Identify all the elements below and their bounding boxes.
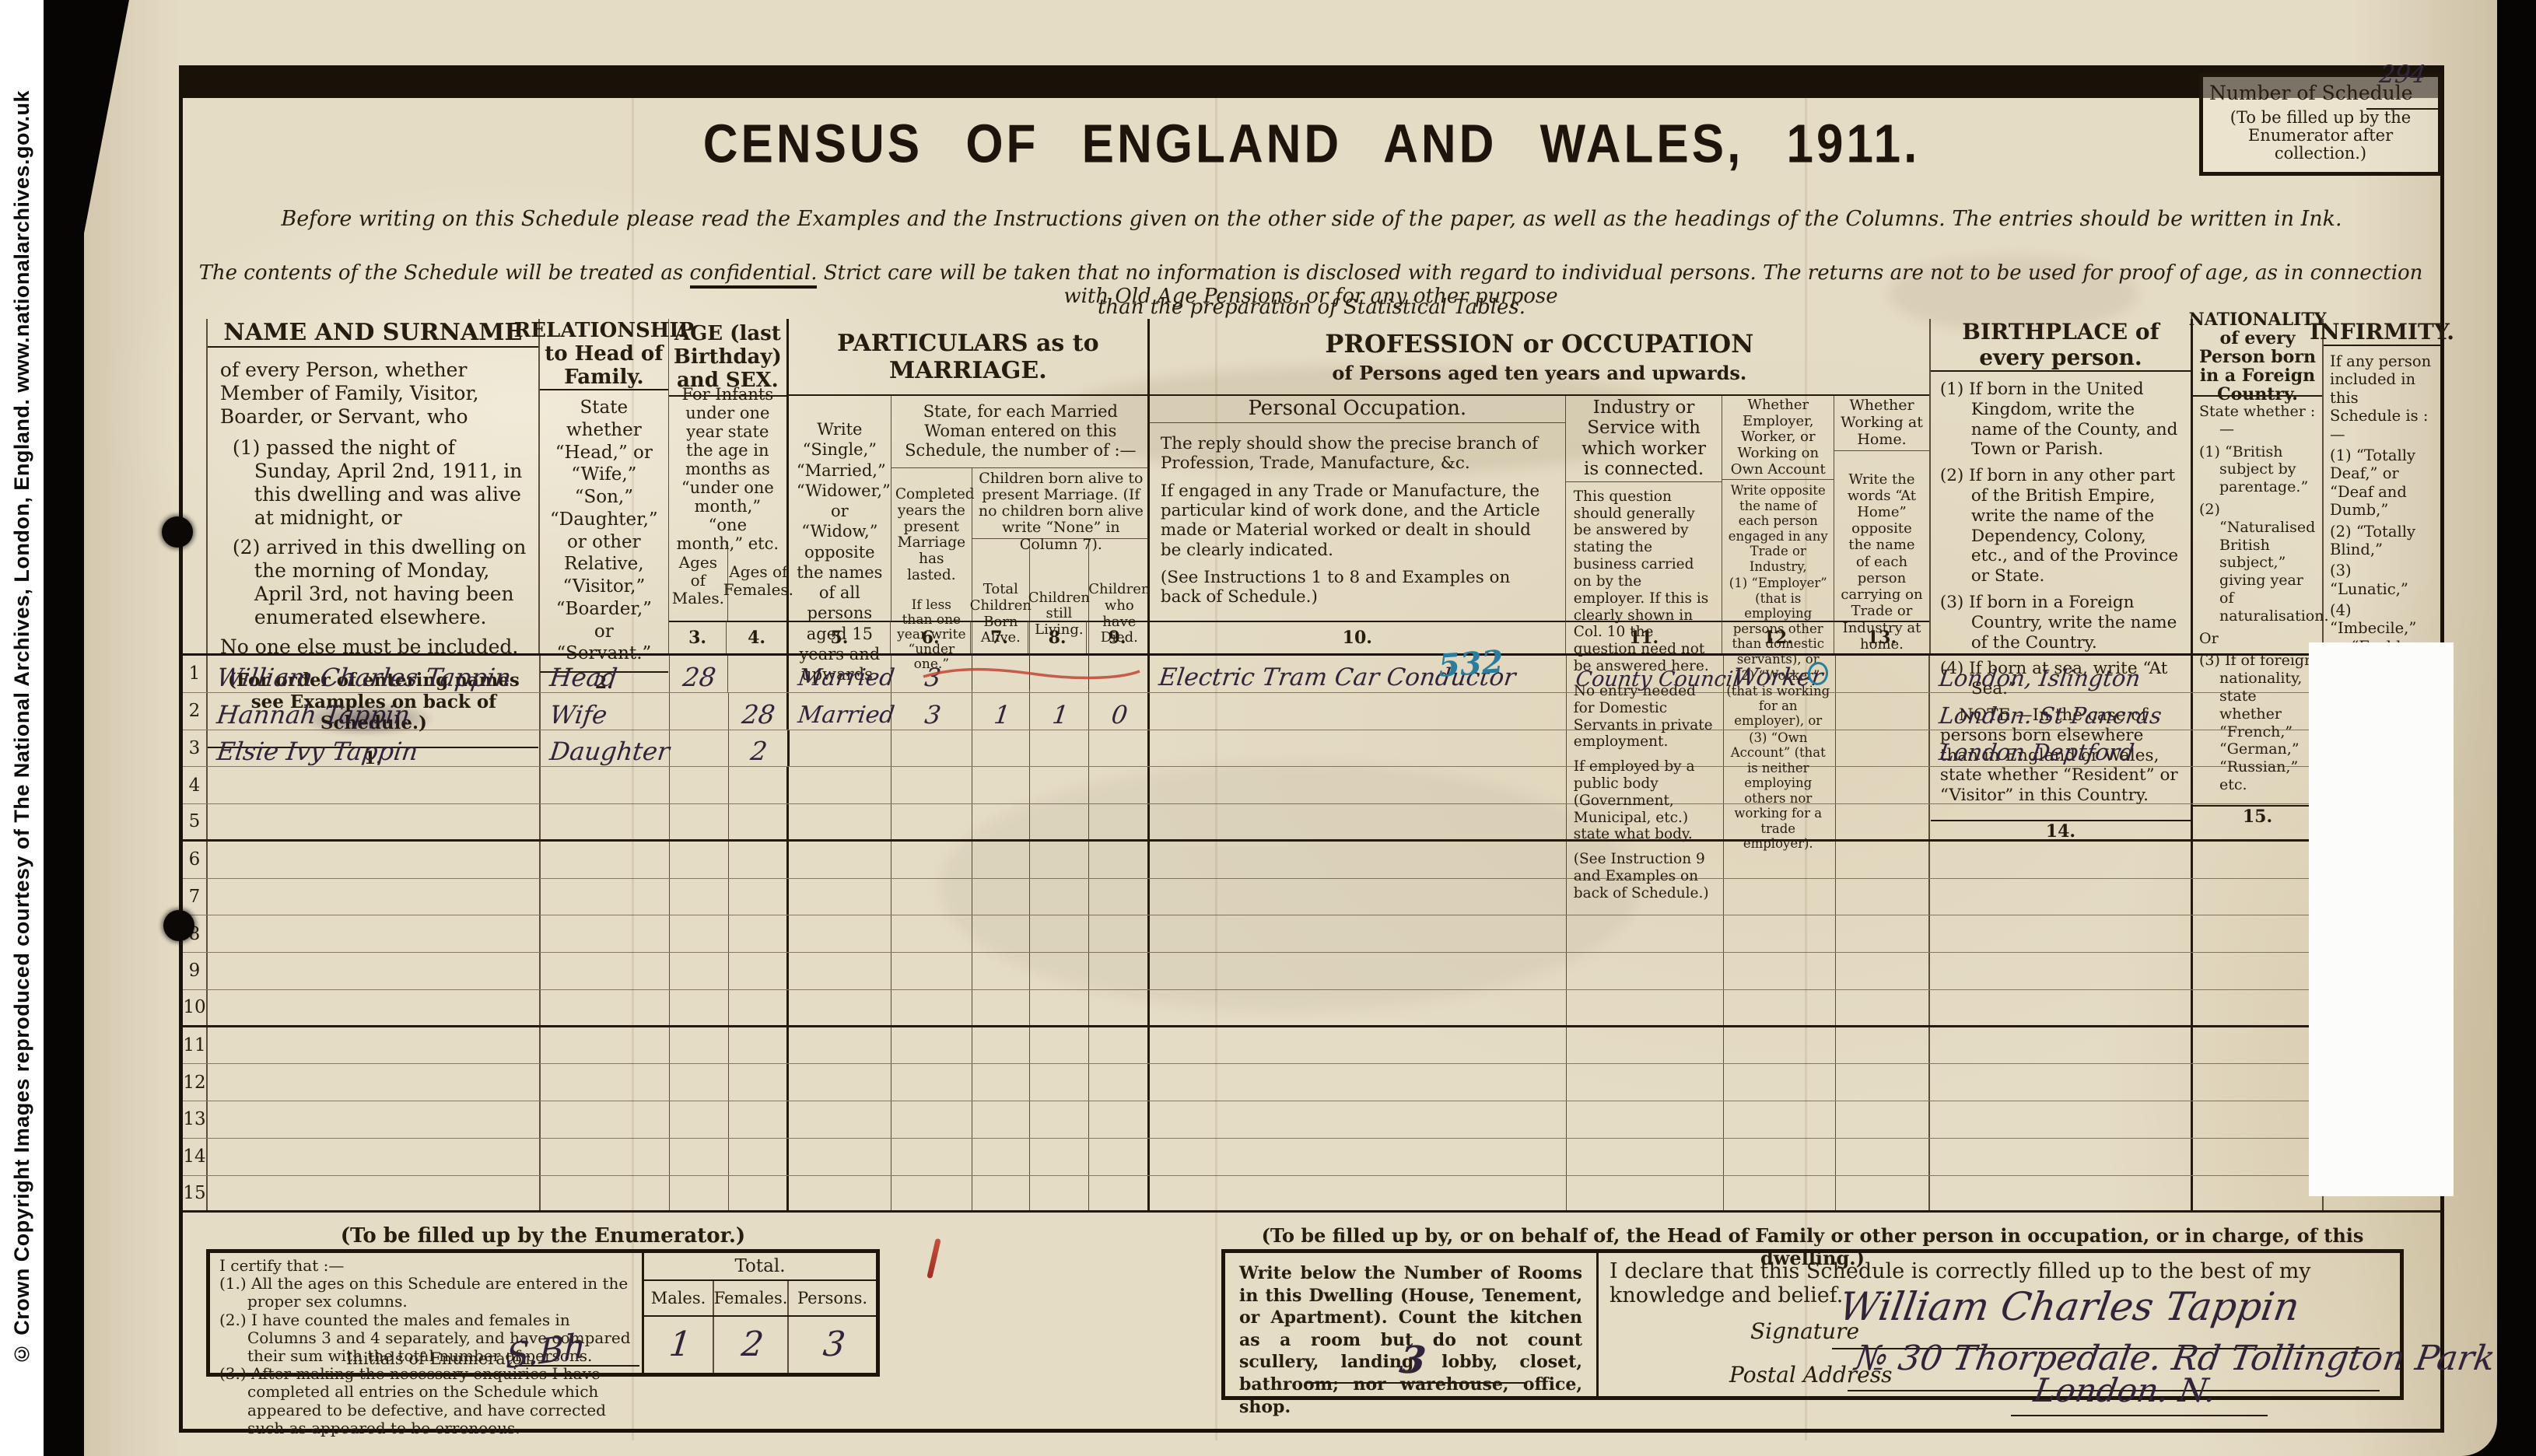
cell-row8-col14 — [1930, 915, 2193, 952]
enumerator-box: I certify that :— (1.) All the ages on t… — [206, 1249, 880, 1377]
cell-row11-col11 — [1567, 1027, 1724, 1064]
cell-row14-col4 — [729, 1139, 790, 1175]
cell-row8-col2 — [541, 915, 670, 952]
row-number-11: 11 — [183, 1027, 208, 1064]
punch-hole — [162, 516, 193, 548]
rooms-instructions: Write below the Number of Rooms in this … — [1225, 1253, 1599, 1396]
cell-row10-col12 — [1724, 990, 1836, 1025]
cell-row2-col5: Married — [789, 693, 891, 730]
cell-row12-col8 — [1030, 1064, 1089, 1101]
cell-row3-col11 — [1567, 730, 1724, 767]
working-at-home-label: Whether Working at Home. — [1834, 396, 1929, 451]
cell-row12-col12 — [1724, 1064, 1836, 1101]
cell-row5-col1 — [208, 804, 541, 839]
cell-row10-col4 — [729, 990, 790, 1025]
row-number-15: 15 — [183, 1176, 208, 1211]
table-row-1: 1William Charles TappinHead28Married3Ele… — [183, 656, 2440, 693]
cell-row5-col14 — [1930, 804, 2193, 839]
cell-row14-col10 — [1150, 1139, 1567, 1175]
signature-value: William Charles Tappin — [1836, 1284, 2303, 1329]
cell-row3-col12 — [1724, 730, 1836, 767]
punch-hole — [163, 910, 194, 941]
age-instructions: For Infants under one year state the age… — [669, 397, 786, 541]
cell-row12-col15 — [2193, 1064, 2324, 1101]
cell-row5-col7 — [972, 804, 1030, 839]
industry-label: Industry or Service with which worker is… — [1566, 396, 1722, 482]
cell-row11-col10 — [1150, 1027, 1567, 1064]
cell-row7-col15 — [2193, 879, 2324, 915]
column-number-13: 13. — [1834, 621, 1929, 653]
males-label: Males. — [644, 1281, 714, 1315]
cell-row4-col3 — [670, 767, 729, 803]
table-row-8: 8 — [183, 915, 2440, 953]
cell-row2-col12 — [1724, 693, 1836, 730]
females-total-value: 2 — [740, 1328, 765, 1362]
schedule-number-value: 294 — [2378, 63, 2427, 87]
column-group-profession: PROFESSION or OCCUPATION of Persons aged… — [1150, 319, 1931, 653]
handwritten-entry: Married — [797, 704, 896, 727]
cell-row10-col8 — [1030, 990, 1089, 1025]
column-number-9: 9. — [1087, 621, 1147, 653]
cell-row15-col1 — [208, 1176, 541, 1211]
cell-row3-col13 — [1836, 730, 1931, 767]
table-row-11: 11 — [183, 1027, 2440, 1065]
column-number-5: 5. — [789, 621, 891, 653]
cell-row6-col1 — [208, 842, 541, 878]
cell-row9-col9 — [1089, 953, 1150, 989]
cell-row7-col8 — [1030, 879, 1089, 915]
cell-row15-col7 — [972, 1176, 1030, 1211]
cell-row7-col11 — [1567, 879, 1724, 915]
cell-row11-col5 — [789, 1027, 891, 1064]
cell-row8-col3 — [670, 915, 729, 952]
column-number-4: 4. — [727, 621, 786, 653]
cell-row12-col14 — [1930, 1064, 2193, 1101]
cell-row13-col13 — [1836, 1101, 1931, 1138]
census-scan-page: © Crown Copyright Images reproduced cour… — [0, 0, 2536, 1456]
ages-of-males-label: Ages of Males. — [669, 541, 728, 621]
cell-row4-col12 — [1724, 767, 1836, 803]
birthplace-title: BIRTHPLACE of every person. — [1931, 319, 2191, 372]
cell-row3-col3 — [670, 730, 729, 767]
postal-address-line-2 — [2011, 1415, 2268, 1416]
rooms-count-value: 3 — [1225, 1342, 1600, 1379]
cell-row6-col2 — [541, 842, 670, 878]
cell-row4-col4 — [729, 767, 790, 803]
cell-row4-col1 — [208, 767, 541, 803]
ink-blot — [298, 702, 434, 736]
cell-row8-col10 — [1150, 915, 1567, 952]
copyright-strip: © Crown Copyright Images reproduced cour… — [0, 0, 44, 1456]
handwritten-entry: Wife — [548, 702, 608, 727]
males-total-value: 1 — [667, 1328, 693, 1362]
nationality-title: NATIONALITY of every Person born in a Fo… — [2193, 319, 2322, 397]
cell-row5-col2 — [541, 804, 670, 839]
cell-row1-col5: Married — [789, 656, 891, 692]
cell-row8-col5 — [789, 915, 891, 952]
cell-row15-col15 — [2193, 1176, 2324, 1211]
row-number-1: 1 — [183, 656, 208, 692]
age-column-numbers: 3. 4. — [669, 621, 786, 653]
cell-row14-col9 — [1089, 1139, 1150, 1175]
cell-row8-col12 — [1724, 915, 1836, 952]
schedule-number-note: (To be filled up by the Enumerator after… — [2209, 109, 2432, 163]
cell-row8-col11 — [1567, 915, 1724, 952]
marriage-column-numbers: 5. 6. 7. 8. 9. — [789, 621, 1147, 653]
cell-row10-col5 — [789, 990, 891, 1025]
table-row-2: 2Hannah TappinWife28Married3110London. S… — [183, 693, 2440, 730]
handwritten-entry: Head — [548, 665, 618, 690]
column-number-7: 7. — [971, 621, 1028, 653]
row-number-2: 2 — [183, 693, 208, 730]
cell-row6-col3 — [670, 842, 729, 878]
cell-row11-col3 — [670, 1027, 729, 1064]
row-number-3: 3 — [183, 730, 208, 767]
cell-row15-col9 — [1089, 1176, 1150, 1211]
paper-sheet: CENSUS OF ENGLAND AND WALES, 1911. Numbe… — [84, 0, 2497, 1456]
cell-row7-col14 — [1930, 879, 2193, 915]
table-row-9: 9 — [183, 953, 2440, 990]
cell-row12-col5 — [789, 1064, 891, 1101]
cell-row1-col2: Head — [541, 656, 670, 692]
cell-row2-col14: London. St Pancras — [1930, 693, 2193, 730]
cell-row2-col4: 28 — [729, 693, 790, 730]
column-group-age: AGE (last Birthday) and SEX. For Infants… — [669, 319, 789, 653]
cell-row4-col10 — [1150, 767, 1567, 803]
cell-row13-col15 — [2193, 1101, 2324, 1138]
initials-label: Initials of Enumerator — [346, 1349, 530, 1368]
handwritten-entry: London Deptford — [1938, 741, 2135, 764]
table-row-3: 3Elsie Ivy TappinDaughter2London Deptfor… — [183, 730, 2440, 768]
table-row-12: 12 — [183, 1064, 2440, 1101]
cell-row10-col14 — [1930, 990, 2193, 1025]
cell-row2-col13 — [1836, 693, 1931, 730]
row-number-7: 7 — [183, 879, 208, 915]
enumerator-certification: I certify that :— (1.) All the ages on t… — [210, 1253, 644, 1373]
cell-row4-col11 — [1567, 767, 1724, 803]
cell-row7-col12 — [1724, 879, 1836, 915]
table-header: NAME AND SURNAME of every Person, whethe… — [183, 319, 2440, 656]
cell-row8-col13 — [1836, 915, 1931, 952]
cell-row9-col6 — [891, 953, 972, 989]
cell-row2-col10 — [1150, 693, 1567, 730]
cell-row7-col4 — [729, 879, 790, 915]
cell-row6-col8 — [1030, 842, 1089, 878]
table-row-4: 4 — [183, 767, 2440, 804]
cell-row10-col10 — [1150, 990, 1567, 1025]
handwritten-entry: Elsie Ivy Tappin — [215, 739, 419, 764]
column-nationality: NATIONALITY of every Person born in a Fo… — [2193, 319, 2324, 653]
cell-row12-col4 — [729, 1064, 790, 1101]
cell-row1-col3: 28 — [670, 656, 729, 692]
relationship-instructions: State whether “Head,” or “Wife,” “Son,” … — [540, 390, 668, 671]
cell-row14-col5 — [789, 1139, 891, 1175]
cell-row4-col13 — [1836, 767, 1931, 803]
cell-row11-col14 — [1930, 1027, 2193, 1064]
cell-row4-col6 — [891, 767, 972, 803]
handwritten-entry: William Charles Tappin — [215, 665, 513, 690]
cell-row7-col13 — [1836, 879, 1931, 915]
cell-row10-col11 — [1567, 990, 1724, 1025]
cell-row2-col15 — [2193, 693, 2324, 730]
handwritten-entry: Daughter — [548, 739, 671, 764]
marriage-instructions: Write “Single,” “Married,” “Widower,” or… — [789, 396, 1147, 621]
working-at-home-column: Whether Working at Home. Write the words… — [1834, 396, 1929, 621]
cell-row5-col13 — [1836, 804, 1931, 839]
row-number-6: 6 — [183, 842, 208, 878]
cell-row10-col7 — [972, 990, 1030, 1025]
infirmity-title: INFIRMITY. — [2324, 319, 2440, 346]
totals-table: Total. Males. Females. Persons. 1 2 3 — [644, 1253, 876, 1373]
handwritten-entry: 2 — [749, 738, 769, 764]
table-row-10: 10 — [183, 990, 2440, 1027]
personal-occupation-column: Personal Occupation. The reply should sh… — [1150, 396, 1566, 621]
cell-row13-col7 — [972, 1101, 1030, 1138]
cell-row2-col6: 3 — [891, 693, 972, 730]
cell-row9-col7 — [972, 953, 1030, 989]
table-row-13: 13 — [183, 1101, 2440, 1139]
cell-row13-col3 — [670, 1101, 729, 1138]
cell-row8-col8 — [1030, 915, 1089, 952]
cell-row3-col7 — [972, 730, 1030, 767]
cell-row13-col4 — [729, 1101, 790, 1138]
cell-row5-col5 — [789, 804, 891, 839]
handwritten-entry: County Council — [1574, 669, 1741, 690]
cell-row15-col6 — [891, 1176, 972, 1211]
column-name: NAME AND SURNAME of every Person, whethe… — [208, 319, 540, 653]
declaration-area: I declare that this Schedule is correctl… — [1599, 1253, 2400, 1396]
cell-row10-col6 — [891, 990, 972, 1025]
cell-row4-col9 — [1089, 767, 1150, 803]
persons-label: Persons. — [789, 1281, 876, 1315]
cell-row15-col12 — [1724, 1176, 1836, 1211]
handwritten-entry: 28 — [681, 664, 717, 690]
cell-row4-col15 — [2193, 767, 2324, 803]
column-number-12: 12. — [1722, 621, 1834, 653]
cell-row3-col15 — [2193, 730, 2324, 767]
cell-row11-col4 — [729, 1027, 790, 1064]
cell-row14-col11 — [1567, 1139, 1724, 1175]
cell-row2-col9: 0 — [1089, 693, 1150, 730]
cell-row2-col2: Wife — [541, 693, 670, 730]
industry-column: Industry or Service with which worker is… — [1566, 396, 1723, 621]
row-number-5: 5 — [183, 804, 208, 839]
cell-row13-col6 — [891, 1101, 972, 1138]
cell-row14-col8 — [1030, 1139, 1089, 1175]
cell-row3-col2: Daughter — [541, 730, 670, 767]
profession-column-numbers: 10. 11. 12. 13. — [1150, 621, 1929, 653]
row-number-10: 10 — [183, 990, 208, 1025]
cell-row11-col6 — [891, 1027, 972, 1064]
cell-row9-col12 — [1724, 953, 1836, 989]
name-title: NAME AND SURNAME — [208, 319, 538, 348]
cell-row7-col10 — [1150, 879, 1567, 915]
cell-row4-col8 — [1030, 767, 1089, 803]
profession-instructions: Personal Occupation. The reply should sh… — [1150, 396, 1929, 621]
cell-row7-col1 — [208, 879, 541, 915]
cell-row14-col3 — [670, 1139, 729, 1175]
cell-row3-col4: 2 — [729, 730, 790, 767]
cell-row1-col11: County Council — [1567, 656, 1724, 692]
cell-row15-col2 — [541, 1176, 670, 1211]
cell-row12-col3 — [670, 1064, 729, 1101]
column-number-11: 11. — [1566, 621, 1723, 653]
cell-row8-col7 — [972, 915, 1030, 952]
row-number-gutter — [183, 319, 208, 653]
cell-row3-col9 — [1089, 730, 1150, 767]
cell-row13-col9 — [1089, 1101, 1150, 1138]
handwritten-entry: 1 — [1051, 702, 1070, 727]
cell-row12-col13 — [1836, 1064, 1931, 1101]
handwritten-entry: 3 — [923, 702, 942, 727]
column-infirmity: INFIRMITY. If any person included in thi… — [2324, 319, 2440, 653]
cell-row9-col15 — [2193, 953, 2324, 989]
cell-row6-col6 — [891, 842, 972, 878]
cell-row1-col4 — [728, 656, 789, 692]
cell-row13-col10 — [1150, 1101, 1567, 1138]
cell-row8-col4 — [729, 915, 790, 952]
cell-row12-col1 — [208, 1064, 541, 1101]
cell-row8-col1 — [208, 915, 541, 952]
cell-row7-col6 — [891, 879, 972, 915]
row-number-12: 12 — [183, 1064, 208, 1101]
cell-row5-col8 — [1030, 804, 1089, 839]
cell-row10-col9 — [1089, 990, 1150, 1025]
age-subcolumns: Ages of Males. Ages of Females. — [669, 541, 786, 621]
cell-row10-col13 — [1836, 990, 1931, 1025]
cell-row5-col10 — [1150, 804, 1567, 839]
cell-row6-col4 — [729, 842, 790, 878]
cell-row4-col5 — [789, 767, 891, 803]
cell-row12-col7 — [972, 1064, 1030, 1101]
cell-row6-col13 — [1836, 842, 1931, 878]
cell-row11-col9 — [1089, 1027, 1150, 1064]
employer-worker-label: Whether Employer, Worker, or Working on … — [1722, 396, 1834, 480]
cell-row11-col8 — [1030, 1027, 1089, 1064]
cell-row11-col2 — [541, 1027, 670, 1064]
cell-row6-col15 — [2193, 842, 2324, 878]
children-born-alive-heading: Children born alive to present Marriage.… — [972, 468, 1150, 539]
cell-row4-col2 — [541, 767, 670, 803]
cell-row11-col15 — [2193, 1027, 2324, 1064]
cell-row9-col4 — [729, 953, 790, 989]
declaration-box: Write below the Number of Rooms in this … — [1221, 1249, 2404, 1400]
cell-row9-col3 — [670, 953, 729, 989]
cell-row6-col10 — [1150, 842, 1567, 878]
total-label: Total. — [644, 1253, 876, 1281]
copyright-text: © Crown Copyright Images reproduced cour… — [10, 90, 34, 1365]
cell-row7-col9 — [1089, 879, 1150, 915]
row-number-9: 9 — [183, 953, 208, 989]
cell-row4-col14 — [1930, 767, 2193, 803]
cell-row15-col14 — [1930, 1176, 2193, 1211]
cell-row2-col8: 1 — [1030, 693, 1089, 730]
cell-row1-col13 — [1836, 656, 1931, 692]
column-number-10: 10. — [1150, 621, 1566, 653]
instruction-line-3: than the preparation of Statistical Tabl… — [183, 296, 2440, 319]
employer-worker-column: Whether Employer, Worker, or Working on … — [1722, 396, 1834, 621]
married-woman-instructions: State, for each Married Woman entered on… — [891, 396, 1150, 468]
handwritten-entry: 28 — [741, 702, 776, 727]
cell-row9-col13 — [1836, 953, 1931, 989]
cell-row13-col8 — [1030, 1101, 1089, 1138]
cell-row3-col14: London Deptford — [1930, 730, 2193, 767]
cell-row15-col11 — [1567, 1176, 1724, 1211]
red-check-line — [920, 664, 1146, 684]
cell-row14-col14 — [1930, 1139, 2193, 1175]
cell-row11-col12 — [1724, 1027, 1836, 1064]
cell-row13-col14 — [1930, 1101, 2193, 1138]
cell-row11-col1 — [208, 1027, 541, 1064]
column-number-8: 8. — [1028, 621, 1088, 653]
cell-row13-col5 — [789, 1101, 891, 1138]
rooms-line — [1307, 1382, 1525, 1384]
cell-row1-col14: London, Islington — [1930, 656, 2193, 692]
enumerator-section-heading: (To be filled up by the Enumerator.) — [206, 1224, 880, 1248]
cell-row5-col15 — [2193, 804, 2324, 839]
cell-row12-col9 — [1089, 1064, 1150, 1101]
cell-row7-col7 — [972, 879, 1030, 915]
cell-row15-col8 — [1030, 1176, 1089, 1211]
cell-row15-col5 — [789, 1176, 891, 1211]
cell-row9-col2 — [541, 953, 670, 989]
marriage-title: PARTICULARS as to MARRIAGE. — [789, 319, 1147, 396]
personal-occupation-label: Personal Occupation. — [1150, 396, 1565, 423]
cell-row6-col9 — [1089, 842, 1150, 878]
table-row-5: 5 — [183, 804, 2440, 842]
cell-row9-col10 — [1150, 953, 1567, 989]
cell-row12-col2 — [541, 1064, 670, 1101]
handwritten-entry: London, Islington — [1938, 667, 2142, 690]
cell-row8-col6 — [891, 915, 972, 952]
cell-row10-col1 — [208, 990, 541, 1025]
cell-row14-col15 — [2193, 1139, 2324, 1175]
cell-row9-col1 — [208, 953, 541, 989]
handwritten-entry: Married — [797, 667, 896, 690]
column-birthplace: BIRTHPLACE of every person. (1) If born … — [1931, 319, 2193, 653]
cell-row8-col15 — [2193, 915, 2324, 952]
cell-row12-col10 — [1150, 1064, 1567, 1101]
table-row-6: 6 — [183, 842, 2440, 879]
cell-row6-col14 — [1930, 842, 2193, 878]
cell-row15-col4 — [729, 1176, 790, 1211]
cell-row7-col5 — [789, 879, 891, 915]
column-relationship: RELATIONSHIP to Head of Family. State wh… — [540, 319, 669, 653]
row-number-13: 13 — [183, 1101, 208, 1138]
cell-row1-col1: William Charles Tappin — [208, 656, 541, 692]
cell-row13-col12 — [1724, 1101, 1836, 1138]
ages-of-females-label: Ages of Females. — [728, 541, 789, 621]
marital-status-instructions: Write “Single,” “Married,” “Widower,” or… — [789, 396, 891, 621]
cell-row14-col12 — [1724, 1139, 1836, 1175]
cell-row14-col1 — [208, 1139, 541, 1175]
persons-total-value: 3 — [821, 1328, 847, 1362]
census-table: NAME AND SURNAME of every Person, whethe… — [183, 319, 2440, 1213]
cell-row5-col3 — [670, 804, 729, 839]
cell-row3-col10 — [1150, 730, 1567, 767]
cell-row9-col14 — [1930, 953, 2193, 989]
cell-row3-col8 — [1030, 730, 1089, 767]
cell-row7-col2 — [541, 879, 670, 915]
cell-row15-col10 — [1150, 1176, 1567, 1211]
cell-row2-col3 — [670, 693, 729, 730]
cell-row2-col11 — [1567, 693, 1724, 730]
schedule-number-line — [2366, 108, 2438, 110]
cell-row12-col11 — [1567, 1064, 1724, 1101]
handwritten-entry: London. St Pancras — [1938, 705, 2163, 727]
cell-row5-col4 — [729, 804, 790, 839]
cell-row6-col7 — [972, 842, 1030, 878]
